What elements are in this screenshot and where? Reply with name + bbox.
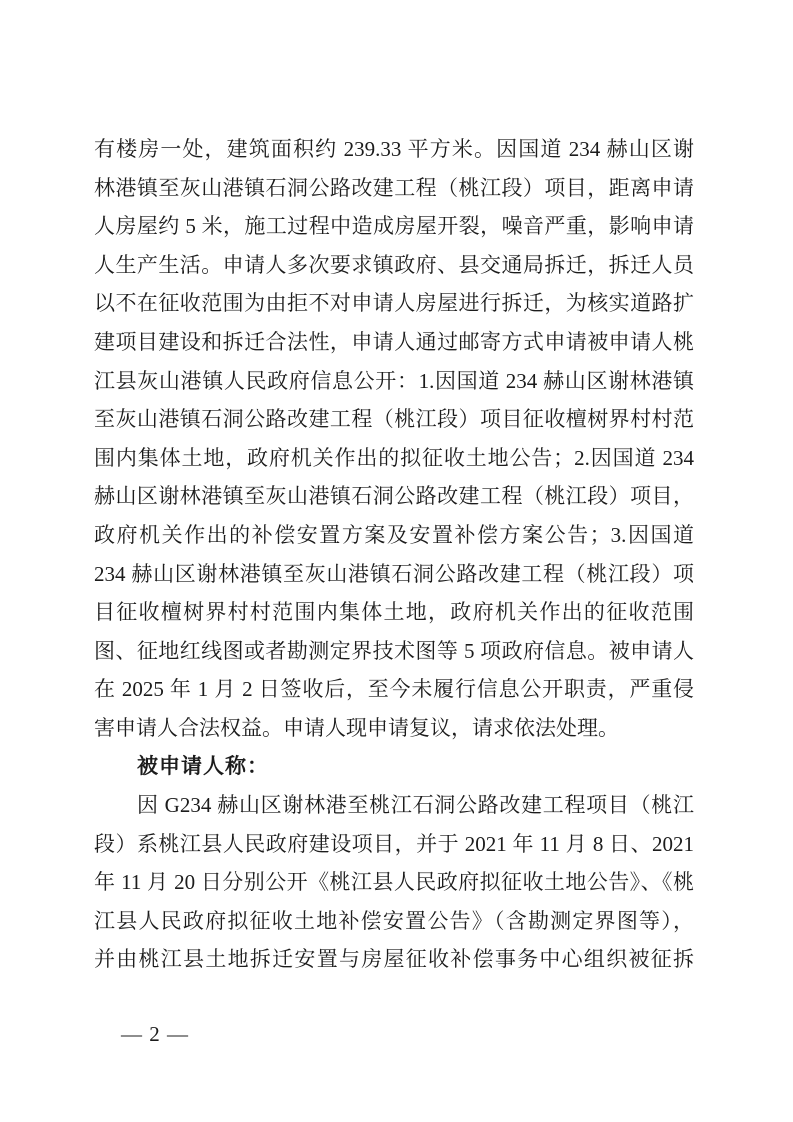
text-line: 段）系桃江县人民政府建设项目，并于 2021 年 11 月 8 日、2021 bbox=[94, 825, 694, 864]
document-page: 有楼房一处，建筑面积约 239.33 平方米。因国道 234 赫山区谢 林港镇至… bbox=[0, 0, 793, 1122]
text-line: 人房屋约 5 米，施工过程中造成房屋开裂，噪音严重，影响申请 bbox=[94, 207, 694, 246]
text-line: 江县人民政府拟征收土地补偿安置公告》（含勘测定界图等）， bbox=[94, 902, 694, 941]
text-line: 建项目建设和拆迁合法性，申请人通过邮寄方式申请被申请人桃 bbox=[94, 323, 694, 362]
text-line: 有楼房一处，建筑面积约 239.33 平方米。因国道 234 赫山区谢 bbox=[94, 130, 694, 169]
page-number: — 2 — bbox=[121, 1016, 189, 1052]
text-line: 人生产生活。申请人多次要求镇政府、县交通局拆迁，拆迁人员 bbox=[94, 246, 694, 285]
text-line: 赫山区谢林港镇至灰山港镇石洞公路改建工程（桃江段）项目， bbox=[94, 477, 694, 516]
text-line: 并由桃江县土地拆迁安置与房屋征收补偿事务中心组织被征拆 bbox=[94, 940, 694, 979]
section-heading: 被申请人称： bbox=[94, 748, 694, 787]
text-line: 至灰山港镇石洞公路改建工程（桃江段）项目征收檀树界村村范 bbox=[94, 400, 694, 439]
text-line: 目征收檀树界村村范围内集体土地，政府机关作出的征收范围 bbox=[94, 593, 694, 632]
text-line: 以不在征收范围为由拒不对申请人房屋进行拆迁，为核实道路扩 bbox=[94, 284, 694, 323]
text-line: 害申请人合法权益。申请人现申请复议，请求依法处理。 bbox=[94, 709, 694, 748]
text-line: 江县灰山港镇人民政府信息公开：1.因国道 234 赫山区谢林港镇 bbox=[94, 362, 694, 401]
text-line: 在 2025 年 1 月 2 日签收后，至今未履行信息公开职责，严重侵 bbox=[94, 670, 694, 709]
text-line: 图、征地红线图或者勘测定界技术图等 5 项政府信息。被申请人 bbox=[94, 632, 694, 671]
text-line: 234 赫山区谢林港镇至灰山港镇石洞公路改建工程（桃江段）项 bbox=[94, 555, 694, 594]
text-line: 政府机关作出的补偿安置方案及安置补偿方案公告；3.因国道 bbox=[94, 516, 694, 555]
text-line: 年 11 月 20 日分别公开《桃江县人民政府拟征收土地公告》、《桃 bbox=[94, 863, 694, 902]
text-line: 围内集体土地，政府机关作出的拟征收土地公告；2.因国道 234 bbox=[94, 439, 694, 478]
text-block: 有楼房一处，建筑面积约 239.33 平方米。因国道 234 赫山区谢 林港镇至… bbox=[94, 130, 694, 979]
text-line: 因 G234 赫山区谢林港至桃江石洞公路改建工程项目（桃江 bbox=[94, 786, 694, 825]
text-line: 林港镇至灰山港镇石洞公路改建工程（桃江段）项目，距离申请 bbox=[94, 169, 694, 208]
